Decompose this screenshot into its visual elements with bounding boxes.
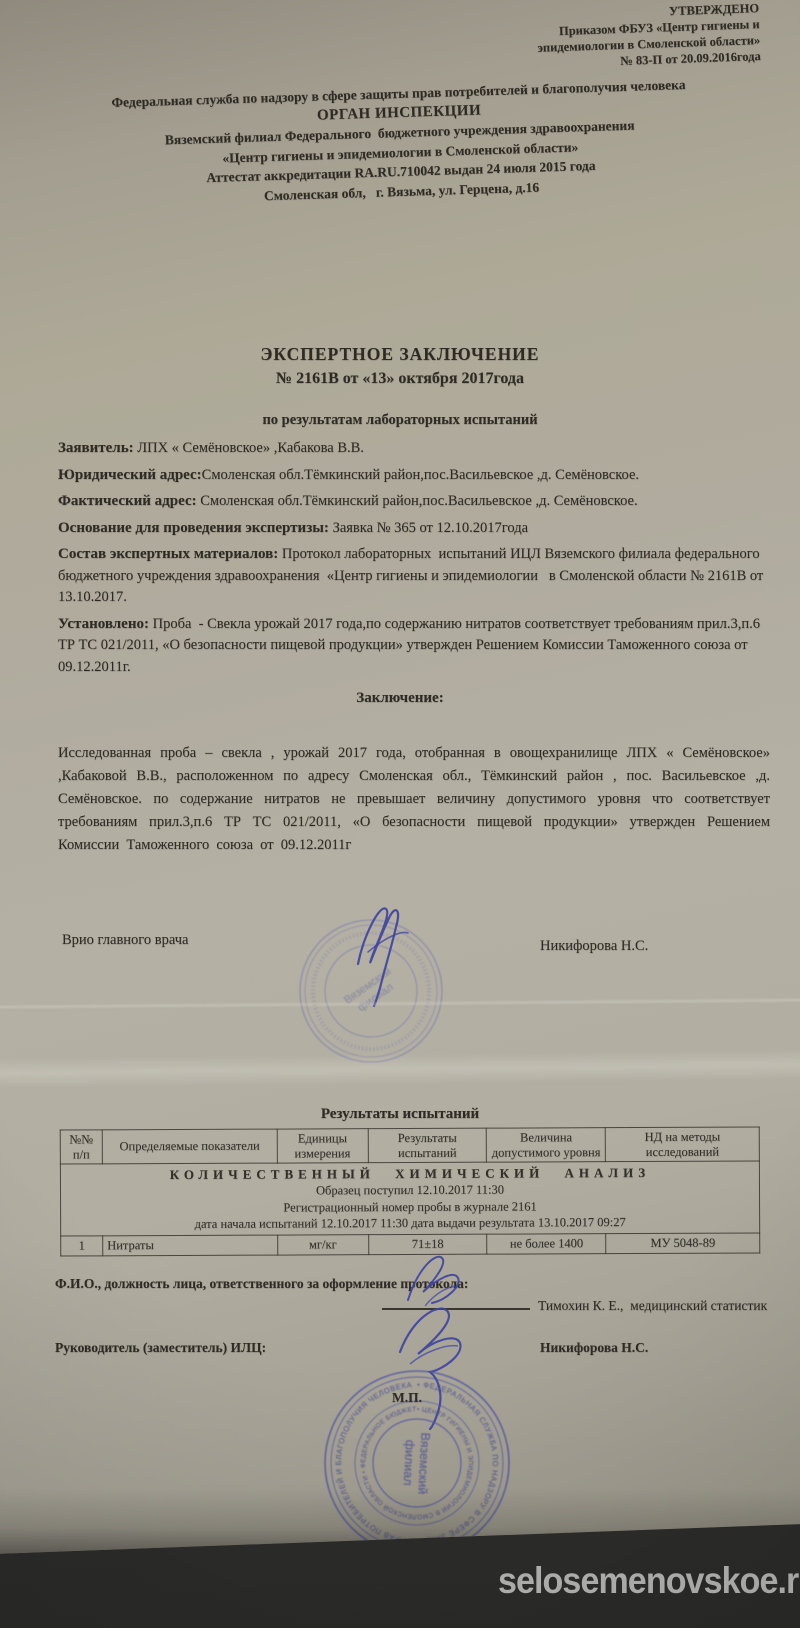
- conclusion-heading: Заключение:: [0, 690, 800, 707]
- field-established: Установлено: Проба - Свекла урожай 2017 …: [58, 614, 774, 679]
- paper-sheet: УТВЕРЖДЕНО Приказом ФБУЗ «Центр гигиены …: [0, 0, 800, 1560]
- cell-row-number: 1: [61, 1235, 103, 1255]
- analysis-info-row: КОЛИЧЕСТВЕННЫЙ ХИМИЧЕСКИЙ АНАЛИЗ Образец…: [60, 1161, 759, 1236]
- cell-method-doc: МУ 5048-89: [606, 1232, 760, 1253]
- ilc-head-label: Руководитель (заместитель) ИЛЦ:: [55, 1340, 266, 1356]
- ilc-head-name: Никифорова Н.С.: [540, 1340, 648, 1356]
- col-header-indicators: Определяемые показатели: [102, 1129, 277, 1164]
- field-actual-address: Фактический адрес: Смоленская обл.Тёмкин…: [58, 491, 774, 513]
- test-dates-line: дата начала испытаний 12.10.2017 11:30 д…: [65, 1213, 755, 1233]
- cell-indicator: Нитраты: [103, 1235, 278, 1256]
- table-header-row: №№ п/п Определяемые показатели Единицы и…: [60, 1127, 759, 1164]
- photographed-document: УТВЕРЖДЕНО Приказом ФБУЗ «Центр гигиены …: [0, 0, 800, 1628]
- field-applicant: Заявитель: ЛПХ « Семёновское» ,Кабакова …: [58, 438, 774, 460]
- organization-header: Федеральная служба по надзору в сфере за…: [18, 72, 781, 213]
- cell-allowed-level: не более 1400: [487, 1233, 606, 1254]
- results-table: №№ п/п Определяемые показатели Единицы и…: [60, 1126, 761, 1256]
- col-header-allowed-level: Величина допустимого уровня: [487, 1128, 606, 1163]
- col-header-method-docs: НД на методы исследований: [605, 1127, 759, 1162]
- field-basis: Основание для проведения экспертизы: Зая…: [58, 518, 774, 540]
- cell-units: мг/кг: [277, 1234, 368, 1254]
- chief-physician-name: Никифорова Н.С.: [540, 938, 648, 955]
- signature-chief-physician: [348, 900, 426, 1008]
- protocol-officer-label: Ф.И.О., должность лица, ответственного з…: [55, 1276, 675, 1292]
- site-watermark: selosemenovskoe.ru: [498, 1560, 800, 1602]
- document-subtitle: по результатам лабораторных испытаний: [0, 412, 800, 429]
- col-header-number: №№ п/п: [60, 1130, 102, 1164]
- seal-place-label: М.П.: [392, 1390, 422, 1406]
- conclusion-paragraph: Исследованная проба – свекла , урожай 20…: [58, 742, 770, 857]
- paper-fold-highlight: [0, 1050, 800, 1089]
- document-title: ЭКСПЕРТНОЕ ЗАКЛЮЧЕНИЕ № 2161В от «13» ок…: [0, 344, 800, 388]
- document-fields: Заявитель: ЛПХ « Семёновское» ,Кабакова …: [58, 438, 774, 683]
- acting-chief-physician-title: Врио главного врача: [62, 932, 188, 949]
- field-legal-address: Юридический адрес:Смоленская обл.Тёмкинс…: [58, 465, 774, 487]
- big-stamp-text: филиал: [401, 1439, 417, 1485]
- title-line-1: ЭКСПЕРТНОЕ ЗАКЛЮЧЕНИЕ: [0, 344, 800, 365]
- results-section-title: Результаты испытаний: [0, 1106, 800, 1123]
- statistician-name: Тимохин К. Е., медицинский статистик: [538, 1298, 767, 1314]
- approval-block: УТВЕРЖДЕНО Приказом ФБУЗ «Центр гигиены …: [419, 0, 761, 76]
- col-header-units: Единицы измерения: [277, 1129, 368, 1163]
- field-expert-materials: Состав экспертных материалов: Протокол л…: [58, 544, 774, 609]
- col-header-results: Результаты испытаний: [368, 1128, 487, 1163]
- title-line-2: № 2161В от «13» октября 2017года: [0, 370, 800, 388]
